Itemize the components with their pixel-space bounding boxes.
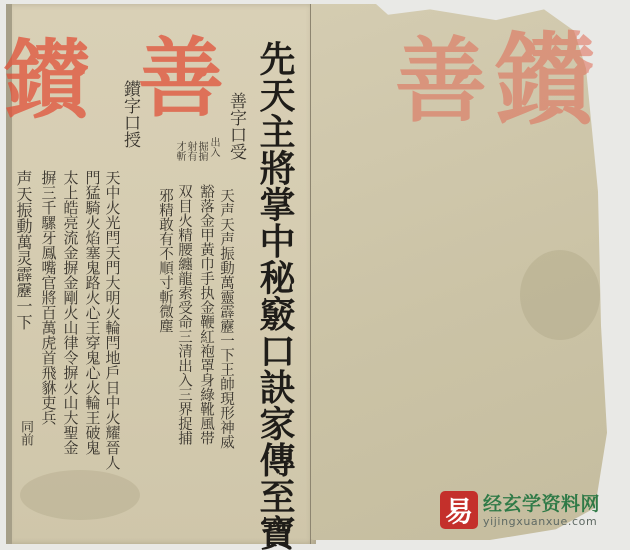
zuan-zi-kou-shou: 鑚字口授 [120, 80, 140, 148]
text-column-4: 邪精敢有不順寸斬微塵 [157, 188, 173, 333]
text-column-7: 太上皓亮流金摒金剛火山律令摒火山大聖金 [62, 170, 79, 455]
shan-zi-kou-shou: 善字口受 [226, 92, 246, 160]
seal-caption-2: 掘掮 [196, 141, 207, 161]
red-seal-faded-shan: 善 [395, 35, 485, 127]
text-column-9: 声天振動萬灵霹靂一下 [14, 170, 32, 330]
page-fold [310, 4, 311, 544]
manuscript-spread: 鑚 善 善 鑚 先天主將掌中秘竅口訣家傳至寶 善字口受 出入 掘掮 射有 才斬 … [0, 0, 630, 550]
watermark-url: yijingxuanxue.com [483, 515, 600, 528]
text-column-3: 双目火精腰纏龍索受命三清出入三界捉捕 [176, 184, 192, 445]
text-column-1: 天声天声振動萬靈霹靂一下王帥現形神威 [218, 188, 234, 449]
document-title: 先天主將掌中秘竅口訣家傳至寶 [253, 40, 297, 550]
paper-wear [20, 470, 140, 520]
red-talisman-seal-shan: 善 [138, 36, 222, 122]
text-column-2: 豁落金甲黃巾手执金鞭紅袍罩身綠靴風帯 [198, 184, 214, 445]
text-column-6: 門猛騎火焰塞鬼路火心王穿鬼心火輪王破鬼 [84, 170, 101, 455]
site-watermark: 易 经玄学资料网 yijingxuanxue.com [440, 488, 620, 532]
text-column-tong-qian: 同前 [18, 420, 33, 446]
seal-caption-3: 射有 [185, 141, 196, 161]
seal-caption-1: 出入 [208, 137, 219, 157]
watermark-site-name: 经玄学资料网 [483, 493, 600, 515]
text-column-8: 摒三千騾牙鳳嘴官將百萬虎首飛貅吏兵 [40, 170, 57, 425]
red-seal-faded-zuan: 鑚 [495, 30, 593, 130]
seal-caption-4: 才斬 [174, 141, 185, 161]
ink-stain [520, 250, 600, 340]
red-talisman-seal-zuan: 鑚 [4, 38, 88, 124]
yi-logo-icon: 易 [440, 491, 478, 529]
text-column-5: 天中火光閂天門大明火輪閂地戶日中火耀晉人 [104, 170, 121, 470]
